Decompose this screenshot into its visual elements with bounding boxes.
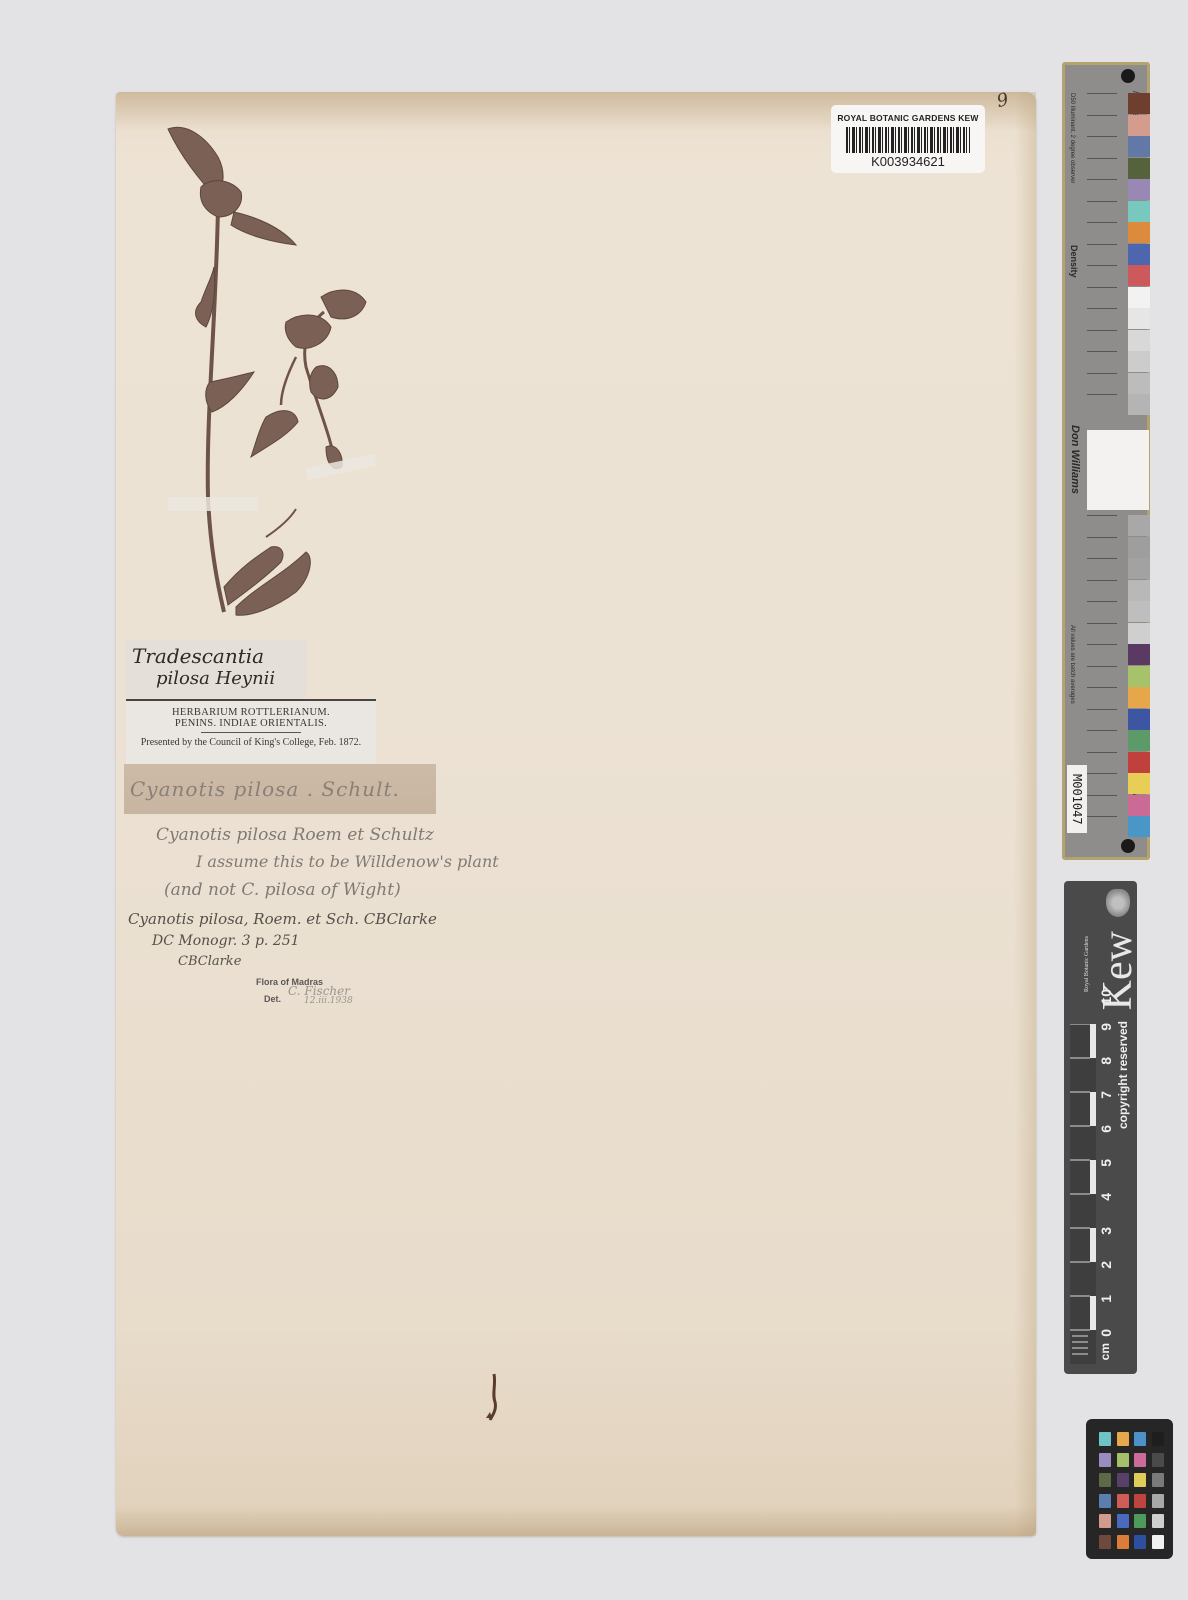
ruler-color-swatch: [1128, 752, 1150, 773]
cm-scale-number: 0: [1098, 1329, 1114, 1337]
pressed-plant-specimen: [146, 117, 406, 617]
ruler-grid-line: [1087, 687, 1117, 688]
ruler-color-swatch: [1128, 558, 1150, 579]
old-strip-text: Cyanotis pilosa . Schult.: [130, 777, 400, 801]
herbarium-sheet: 9 ROYAL BOTANIC GARDENS KEW K003934621: [116, 92, 1036, 1536]
ruler-grid-line: [1087, 580, 1117, 581]
resolution-test-target: [1087, 430, 1149, 510]
ruler-color-swatch: [1128, 816, 1150, 837]
cm-scale-number: 1: [1098, 1295, 1114, 1303]
color-checker-swatch: [1152, 1432, 1164, 1446]
printed-label-line3: Presented by the Council of King's Colle…: [126, 737, 376, 748]
annotation-note2-line3: CBClarke: [178, 954, 241, 969]
ruler-grid-line: [1087, 330, 1117, 331]
barcode-icon: [846, 127, 970, 153]
ruler-color-swatch: [1128, 351, 1150, 372]
ruler-color-swatch: [1128, 580, 1150, 601]
annotation-note2-line1: Cyanotis pilosa, Roem. et Sch. CBClarke: [128, 910, 437, 928]
color-checker-card: [1086, 1419, 1173, 1559]
ruler-grid-line: [1087, 730, 1117, 731]
color-checker-swatch: [1099, 1453, 1111, 1467]
color-checker-swatch: [1152, 1535, 1164, 1549]
annotation-note1-line3: (and not C. pilosa of Wight): [164, 880, 401, 900]
ruler-color-swatch: [1128, 308, 1150, 329]
ruler-color-swatch: [1128, 773, 1150, 794]
ruler-color-swatch: [1128, 179, 1150, 200]
ruler-color-swatch: [1128, 795, 1150, 816]
cm-scale-number: 3: [1098, 1227, 1114, 1235]
ruler-grid-line: [1087, 93, 1117, 94]
ruler-grid-line: [1087, 816, 1117, 817]
ruler-grid-line: [1087, 287, 1117, 288]
annotation-note1-line1: Cyanotis pilosa Roem et Schultz: [156, 825, 434, 845]
label-species: pilosa Heynii: [156, 668, 275, 689]
ruler-grid-line: [1087, 308, 1117, 309]
printed-label-line1: HERBARIUM ROTTLERIANUM.: [126, 707, 376, 718]
ruler-illuminant-note: D50 Illuminant, 2 degree observer: [1069, 93, 1075, 183]
cm-scale-number: 6: [1098, 1125, 1114, 1133]
ruler-grid-line: [1087, 537, 1117, 538]
ruler-grid-line: [1087, 709, 1117, 710]
plant-fragment: [484, 1372, 504, 1422]
color-checker-swatch: [1099, 1535, 1111, 1549]
kew-scale-bar: Kew Royal Botanic Gardens copyright rese…: [1064, 881, 1137, 1374]
ruler-color-swatch: [1128, 373, 1150, 394]
cm-scale-number: 7: [1098, 1091, 1114, 1099]
ruler-grid-line: [1087, 244, 1117, 245]
ruler-grid-line: [1087, 115, 1117, 116]
cm-scale-bars: [1070, 1024, 1096, 1364]
ruler-grid-line: [1087, 666, 1117, 667]
ruler-grid-line: [1087, 222, 1117, 223]
ruler-color-swatch: [1128, 537, 1150, 558]
ruler-color-swatch: [1128, 601, 1150, 622]
kew-subtitle: Royal Botanic Gardens: [1084, 936, 1090, 992]
color-checker-swatch: [1117, 1432, 1129, 1446]
ruler-color-swatch: [1128, 644, 1150, 665]
ruler-grid-line: [1087, 558, 1117, 559]
color-checker-swatch: [1134, 1473, 1146, 1487]
color-checker-swatch: [1099, 1432, 1111, 1446]
ruler-grid-line: [1087, 201, 1117, 202]
ruler-color-swatch: [1128, 158, 1150, 179]
color-checker-swatch: [1152, 1514, 1164, 1528]
color-checker-swatch: [1152, 1494, 1164, 1508]
color-checker-swatch: [1099, 1473, 1111, 1487]
old-handwritten-strip: Cyanotis pilosa . Schult.: [124, 764, 436, 814]
color-checker-swatch: [1134, 1432, 1146, 1446]
ruler-color-swatch: [1128, 201, 1150, 222]
color-checker-swatch: [1152, 1473, 1164, 1487]
ruler-brand: Don Williams: [1069, 425, 1081, 494]
ruler-color-swatch: [1128, 687, 1150, 708]
printed-label-line2: PENINS. INDIAE ORIENTALIS.: [126, 718, 376, 729]
ruler-color-swatch: [1128, 222, 1150, 243]
mounting-strip: [168, 497, 258, 511]
ruler-grid-line: [1087, 515, 1117, 516]
folio-mark: 9: [994, 89, 1010, 112]
cm-scale-number: 9: [1098, 1023, 1114, 1031]
barcode-number: K003934621: [831, 154, 985, 169]
ruler-density-label: Density: [1069, 245, 1079, 278]
kew-copyright: copyright reserved: [1116, 1021, 1130, 1129]
ruler-grid-line: [1087, 373, 1117, 374]
ruler-color-swatch: [1128, 136, 1150, 157]
label-genus: Tradescantia: [132, 644, 264, 668]
ruler-color-swatch: [1128, 115, 1150, 136]
ruler-grid-line: [1087, 265, 1117, 266]
ruler-grid-line: [1087, 773, 1117, 774]
ruler-grid-line: [1087, 179, 1117, 180]
annotation-note2-line2: DC Monogr. 3 p. 251: [152, 933, 300, 949]
ruler-color-swatch: [1128, 330, 1150, 351]
ruler-color-swatch: [1128, 709, 1150, 730]
cm-scale-number: 5: [1098, 1159, 1114, 1167]
color-calibration-ruler: inches centimeters D50 Illuminant, 2 deg…: [1062, 62, 1150, 860]
ruler-grid-line: [1087, 644, 1117, 645]
color-checker-swatch: [1117, 1494, 1129, 1508]
color-checker-swatch: [1099, 1494, 1111, 1508]
color-checker-swatch: [1099, 1514, 1111, 1528]
ruler-color-swatch: [1128, 287, 1150, 308]
ruler-color-swatch: [1128, 265, 1150, 286]
ruler-color-swatch: [1128, 730, 1150, 751]
ruler-grid-line: [1087, 394, 1117, 395]
kew-crest-icon: [1106, 889, 1130, 917]
determination-stamp-det: Det.: [264, 994, 281, 1004]
cm-scale-number: 10: [1098, 989, 1114, 1005]
determination-label-handwritten: Tradescantia pilosa Heynii: [126, 640, 306, 698]
color-checker-swatch: [1134, 1535, 1146, 1549]
ruler-grid-line: [1087, 351, 1117, 352]
herbarium-printed-label: HERBARIUM ROTTLERIANUM. PENINS. INDIAE O…: [126, 699, 376, 765]
color-checker-swatch: [1134, 1514, 1146, 1528]
sheet-edge-shading: [1014, 92, 1036, 1536]
ruler-grid-line: [1087, 136, 1117, 137]
label-divider: [201, 732, 301, 733]
ruler-color-swatch: [1128, 515, 1150, 536]
determination-date: 12.iii.1938: [304, 996, 353, 1006]
color-checker-swatch: [1117, 1514, 1129, 1528]
color-checker-swatch: [1117, 1453, 1129, 1467]
ruler-grid-line: [1087, 158, 1117, 159]
ruler-grid-line: [1087, 601, 1117, 602]
color-checker-swatch: [1152, 1453, 1164, 1467]
ruler-color-swatch: [1128, 93, 1150, 114]
annotation-note1-line2: I assume this to be Willdenow's plant: [196, 852, 499, 871]
color-checker-swatch: [1134, 1453, 1146, 1467]
ruler-color-swatch: [1128, 394, 1150, 415]
ruler-grid-line: [1087, 752, 1117, 753]
ruler-batch-note: All values are batch averages: [1069, 625, 1075, 704]
ruler-grid-line: [1087, 623, 1117, 624]
barcode-institution: ROYAL BOTANIC GARDENS KEW: [831, 113, 985, 123]
ruler-color-swatch: [1128, 623, 1150, 644]
color-checker-swatch: [1117, 1473, 1129, 1487]
ruler-registration-dot: [1121, 69, 1135, 83]
cm-scale-number: 4: [1098, 1193, 1114, 1201]
kew-unit: cm: [1098, 1343, 1112, 1360]
barcode-label: ROYAL BOTANIC GARDENS KEW K003934621: [831, 105, 985, 173]
color-checker-swatch: [1134, 1494, 1146, 1508]
ruler-id: M001047: [1067, 765, 1087, 833]
cm-scale-number: 2: [1098, 1261, 1114, 1269]
ruler-registration-dot: [1121, 839, 1135, 853]
cm-scale-number: 8: [1098, 1057, 1114, 1065]
color-checker-swatch: [1117, 1535, 1129, 1549]
ruler-color-swatch: [1128, 244, 1150, 265]
ruler-color-swatch: [1128, 666, 1150, 687]
ruler-grid-line: [1087, 795, 1117, 796]
